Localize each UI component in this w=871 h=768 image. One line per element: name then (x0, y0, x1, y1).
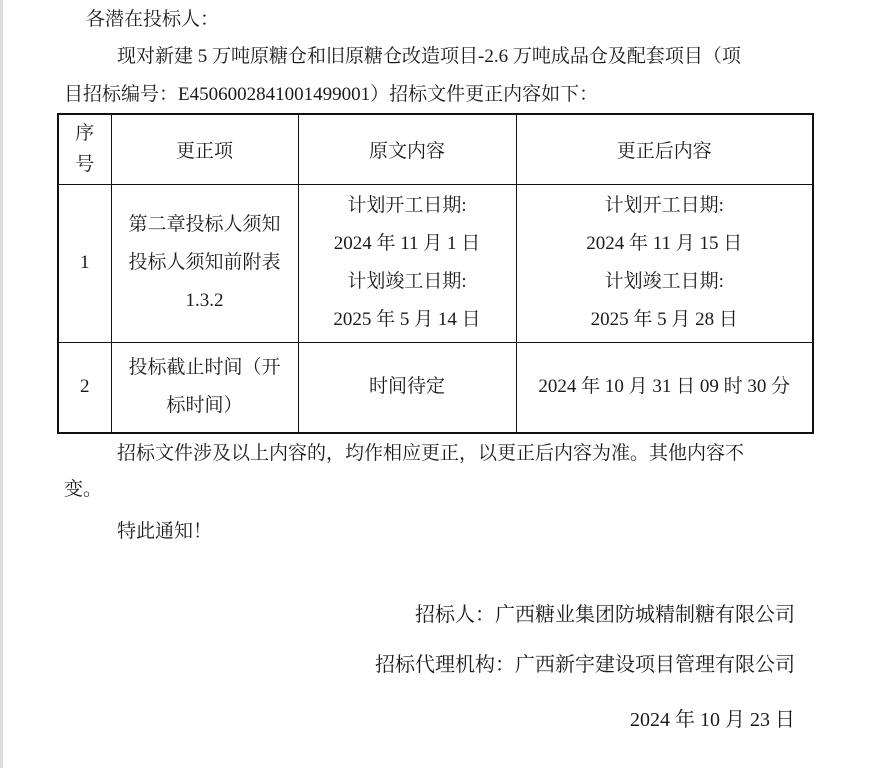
header-corrected-content: 更正后内容 (516, 114, 813, 184)
salutation: 各潜在投标人： (86, 1, 219, 39)
signature-date: 2024 年 10 月 23 日 (630, 708, 795, 732)
cell-line: 2024 年 11 月 15 日 (519, 225, 811, 263)
cell-line: 计划竣工日期: (519, 263, 811, 301)
closing-paragraph: 招标文件涉及以上内容的，均作相应更正，以更正后内容为准。其他内容不 变。 (64, 436, 820, 508)
cell-line: 1.3.2 (114, 282, 296, 320)
header-original-content: 原文内容 (298, 114, 516, 184)
document-page: 各潜在投标人： 现对新建 5 万吨原糖仓和旧原糖仓改造项目-2.6 万吨成品仓及… (0, 0, 871, 768)
closing-line: 变。 (64, 472, 820, 508)
signature-tenderer: 招标人：广西糖业集团防城精制糖有限公司 (415, 603, 795, 627)
cell-line: 2024 年 10 月 31 日 09 时 30 分 (519, 368, 811, 406)
row2-corrected-content: 2024 年 10 月 31 日 09 时 30 分 (516, 342, 813, 433)
intro-line: 目招标编号：E4506002841001499001）招标文件更正内容如下： (64, 76, 820, 114)
cell-line: 计划竣工日期: (301, 263, 514, 301)
row1-corrected-content: 计划开工日期: 2024 年 11 月 15 日 计划竣工日期: 2025 年 … (516, 184, 813, 342)
row2-serial-no: 2 (58, 342, 111, 433)
cell-line: 2024 年 11 月 1 日 (301, 225, 514, 263)
cell-line: 2025 年 5 月 14 日 (301, 301, 514, 339)
header-serial-no-line: 号 (61, 149, 109, 180)
cell-line: 标时间） (114, 387, 296, 425)
table-header-row: 序 号 更正项 原文内容 更正后内容 (58, 114, 813, 184)
notice-line: 特此通知！ (117, 514, 212, 550)
row2-original-content: 时间待定 (298, 342, 516, 433)
page-left-edge (0, 0, 3, 768)
row1-serial-no: 1 (58, 184, 111, 342)
intro-paragraph: 现对新建 5 万吨原糖仓和旧原糖仓改造项目-2.6 万吨成品仓及配套项目（项 目… (64, 38, 820, 114)
table-row: 2 投标截止时间（开 标时间） 时间待定 2024 年 10 月 31 日 09… (58, 342, 813, 433)
row1-correction-item: 第二章投标人须知 投标人须知前附表 1.3.2 (111, 184, 298, 342)
cell-line: 计划开工日期: (301, 187, 514, 225)
cell-line: 计划开工日期: (519, 187, 811, 225)
closing-line: 招标文件涉及以上内容的，均作相应更正，以更正后内容为准。其他内容不 (64, 436, 820, 472)
header-serial-no: 序 号 (58, 114, 111, 184)
cell-line: 投标人须知前附表 (114, 244, 296, 282)
cell-line: 第二章投标人须知 (114, 206, 296, 244)
header-serial-no-line: 序 (61, 118, 109, 149)
signature-agency: 招标代理机构：广西新宇建设项目管理有限公司 (375, 653, 795, 677)
cell-line: 投标截止时间（开 (114, 349, 296, 387)
header-correction-item: 更正项 (111, 114, 298, 184)
table-row: 1 第二章投标人须知 投标人须知前附表 1.3.2 计划开工日期: 2024 年… (58, 184, 813, 342)
cell-line: 2025 年 5 月 28 日 (519, 301, 811, 339)
row2-correction-item: 投标截止时间（开 标时间） (111, 342, 298, 433)
row1-original-content: 计划开工日期: 2024 年 11 月 1 日 计划竣工日期: 2025 年 5… (298, 184, 516, 342)
intro-line: 现对新建 5 万吨原糖仓和旧原糖仓改造项目-2.6 万吨成品仓及配套项目（项 (64, 38, 820, 76)
correction-table: 序 号 更正项 原文内容 更正后内容 1 第二章投标人须知 投标人须知前附表 1… (57, 113, 814, 434)
cell-line: 时间待定 (301, 368, 514, 406)
